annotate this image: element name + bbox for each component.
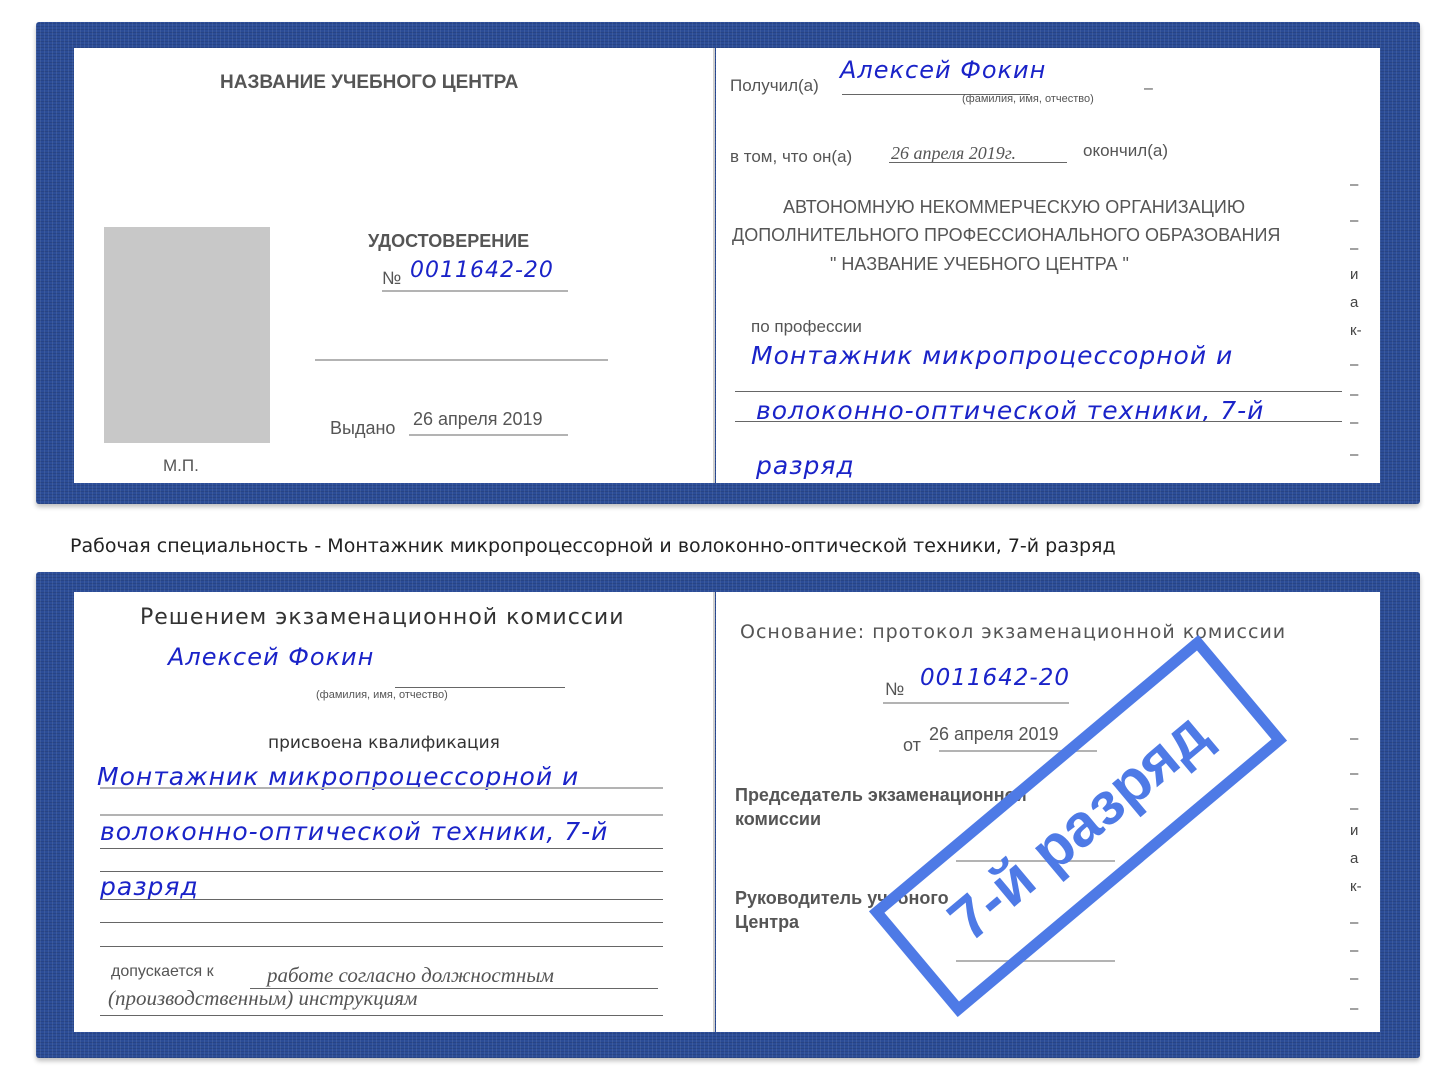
margin-mark: –	[1350, 800, 1358, 817]
margin-mark: –	[1350, 970, 1358, 987]
margin-mark: –	[1350, 414, 1358, 431]
margin-mark: –	[1350, 212, 1358, 229]
qualification-line-2: волоконно-оптической техники, 7-й	[100, 817, 608, 846]
profession-line-3: разряд	[756, 451, 855, 480]
margin-mark: –	[1350, 765, 1358, 782]
profession-line-1: Монтажник микропроцессорной и	[751, 341, 1233, 370]
person-name: Алексей Фокин	[168, 643, 374, 671]
protocol-number-underline	[883, 702, 1069, 704]
number-prefix: №	[382, 268, 401, 289]
protocol-number: 0011642-20	[920, 665, 1070, 691]
margin-mark: и	[1350, 822, 1358, 839]
that-label: в том, что он(а)	[730, 147, 852, 167]
admitted-line-2: (производственным) инструкциям	[108, 986, 417, 1011]
recipient-name: Алексей Фокин	[840, 56, 1046, 84]
profession-underline-2	[735, 421, 1342, 422]
protocol-number-prefix: №	[885, 679, 904, 700]
photo-placeholder	[104, 227, 270, 443]
qual-rule-2	[100, 814, 663, 816]
finished-label: окончил(а)	[1083, 141, 1168, 161]
person-name-hint: (фамилия, имя, отчество)	[316, 689, 448, 701]
basis-title: Основание: протокол экзаменационной коми…	[740, 621, 1286, 643]
margin-mark: –	[1350, 1000, 1358, 1017]
margin-mark: –	[1350, 730, 1358, 747]
qual-rule-7	[100, 946, 663, 947]
org-line-3: " НАЗВАНИЕ УЧЕБНОГО ЦЕНТРА "	[830, 254, 1129, 275]
margin-mark: к-	[1350, 322, 1362, 339]
margin-mark: к-	[1350, 878, 1362, 895]
head-label-2: Центра	[735, 912, 799, 933]
blank-line	[315, 359, 608, 361]
org-line-2: ДОПОЛНИТЕЛЬНОГО ПРОФЕССИОНАЛЬНОГО ОБРАЗО…	[732, 225, 1280, 246]
stamp-place: М.П.	[163, 456, 199, 476]
margin-mark: –	[1350, 914, 1358, 931]
margin-mark: –	[1350, 386, 1358, 403]
margin-mark: а	[1350, 850, 1358, 867]
admitted-underline-2	[100, 1015, 663, 1016]
margin-mark: –	[1350, 240, 1358, 257]
doc-type: УДОСТОВЕРЕНИЕ	[368, 231, 529, 252]
profession-underline-1	[735, 391, 1342, 392]
certificate-number: 0011642-20	[410, 258, 554, 283]
margin-mark: –	[1350, 942, 1358, 959]
qualification-label: присвоена квалификация	[268, 733, 500, 753]
received-label: Получил(а)	[730, 76, 819, 96]
specialty-caption: Рабочая специальность - Монтажник микроп…	[70, 532, 1120, 560]
margin-mark: и	[1350, 266, 1358, 283]
top-spine	[713, 48, 715, 483]
org-line-1: АВТОНОМНУЮ НЕКОММЕРЧЕСКУЮ ОРГАНИЗАЦИЮ	[783, 197, 1245, 218]
margin-mark: –	[1350, 356, 1358, 373]
chairman-label-1: Председатель экзаменационной	[735, 785, 1027, 806]
protocol-date: 26 апреля 2019	[929, 724, 1059, 745]
decision-title: Решением экзаменационной комиссии	[140, 605, 625, 630]
qual-rule-5	[100, 899, 663, 900]
admitted-line-1: работе согласно должностным	[267, 963, 554, 988]
issued-underline	[409, 434, 568, 436]
person-name-underline	[395, 687, 565, 688]
number-underline	[382, 290, 568, 292]
margin-mark: –	[1350, 446, 1358, 463]
profession-label: по профессии	[751, 317, 862, 337]
margin-mark: –	[1350, 176, 1358, 193]
admitted-label: допускается к	[111, 963, 214, 981]
name-hint: (фамилия, имя, отчество)	[962, 93, 1094, 105]
bottom-spine	[713, 592, 715, 1032]
protocol-date-prefix: от	[903, 735, 921, 756]
margin-mark: а	[1350, 294, 1358, 311]
qual-rule-3	[100, 848, 663, 849]
issued-label: Выдано	[330, 418, 395, 439]
qual-rule-1	[100, 787, 663, 789]
finish-date: 26 апреля 2019г.	[891, 143, 1016, 164]
issued-date: 26 апреля 2019	[413, 409, 543, 430]
qualification-line-3: разряд	[100, 872, 199, 901]
org-title: НАЗВАНИЕ УЧЕБНОГО ЦЕНТРА	[220, 72, 518, 94]
chairman-label-2: комиссии	[735, 809, 821, 830]
qual-rule-6	[100, 922, 663, 923]
finish-date-underline	[889, 162, 1067, 163]
dash-after-name: –	[1144, 80, 1153, 98]
